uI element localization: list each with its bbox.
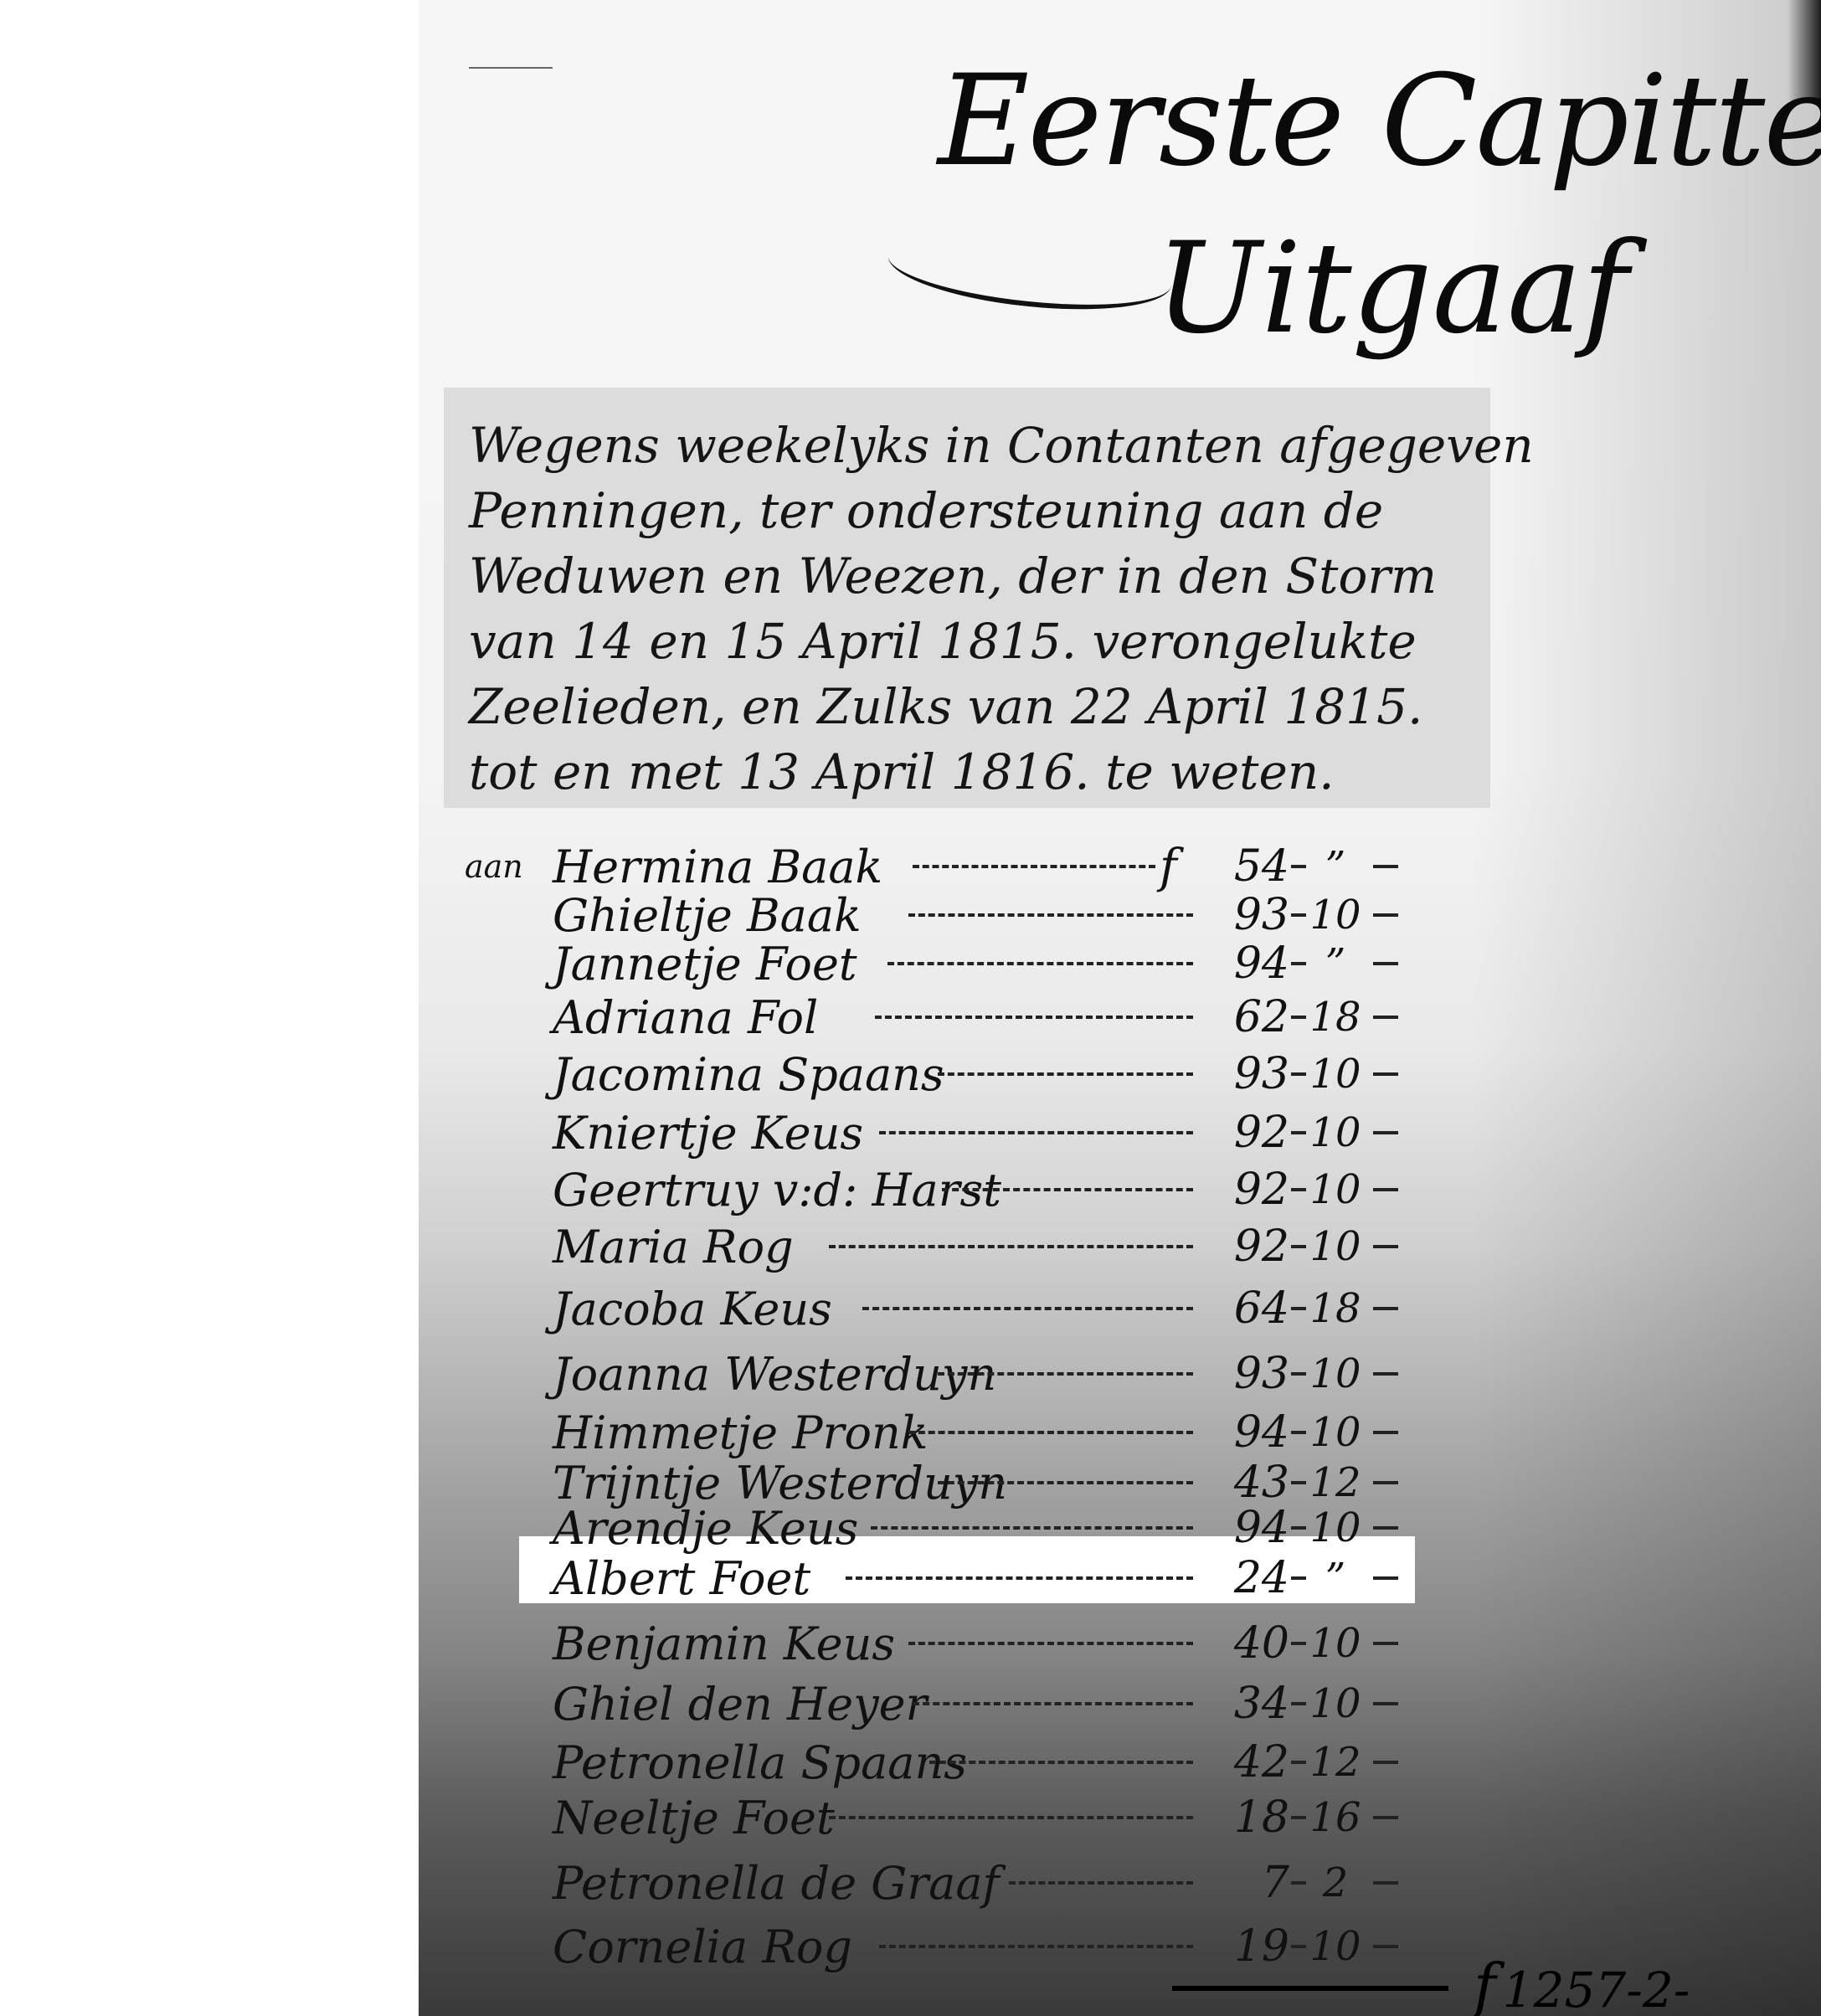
amount-terminator	[1373, 1761, 1398, 1764]
amount-terminator	[1373, 1072, 1398, 1076]
currency-symbol: f	[1160, 840, 1177, 894]
entry-stuivers: 18	[1302, 994, 1369, 1041]
entry-name: Ghiel den Heyer	[553, 1678, 927, 1731]
entry-stuivers: 10	[1302, 1109, 1369, 1156]
dotted-leader	[929, 1761, 1193, 1764]
intro-line: Wegens weekelyks in Contanten afgegeven	[469, 421, 1534, 470]
entry-guilders: 54	[1197, 841, 1289, 892]
entry-stuivers: 10	[1302, 1409, 1369, 1456]
dotted-leader	[938, 1072, 1193, 1076]
dotted-leader	[938, 1481, 1193, 1484]
entry-stuivers: 2	[1302, 1859, 1369, 1906]
entry-guilders: 7	[1197, 1858, 1289, 1908]
entry-guilders: 92	[1197, 1221, 1289, 1272]
dotted-leader	[938, 1372, 1193, 1376]
amount-terminator	[1373, 1372, 1398, 1376]
entry-stuivers: 10	[1302, 1923, 1369, 1970]
entry-stuivers: 16	[1302, 1794, 1369, 1841]
dotted-leader	[879, 1131, 1193, 1134]
entry-guilders: 94	[1197, 1503, 1289, 1553]
entry-name: Neeltje Foet	[553, 1792, 835, 1844]
entry-stuivers: ”	[1302, 1555, 1369, 1602]
entry-name: Himmetje Pronk	[553, 1407, 928, 1459]
entry-guilders: 92	[1197, 1165, 1289, 1215]
entry-guilders: 34	[1197, 1679, 1289, 1729]
intro-line: van 14 en 15 April 1815. verongelukte	[469, 617, 1417, 666]
entry-stuivers: 10	[1302, 1680, 1369, 1727]
amount-terminator	[1373, 1481, 1398, 1484]
dotted-leader	[908, 913, 1193, 917]
entry-name: Benjamin Keus	[553, 1617, 895, 1670]
entry-stuivers: 12	[1302, 1739, 1369, 1786]
amount-terminator	[1373, 913, 1398, 917]
amount-terminator	[1373, 962, 1398, 965]
margin-rule-mark	[469, 67, 553, 69]
chapter-subtitle: Uitgaaf	[1155, 226, 1628, 352]
dotted-leader	[1009, 1881, 1193, 1885]
total-underline	[1172, 1986, 1448, 1991]
dotted-leader	[871, 1526, 1193, 1530]
page-total: f1257-2-	[1474, 1951, 1690, 2016]
entry-stuivers: 10	[1302, 1051, 1369, 1098]
dotted-leader	[846, 1576, 1193, 1580]
entry-name: Jannetje Foet	[553, 938, 857, 990]
entry-guilders: 40	[1197, 1618, 1289, 1669]
dotted-leader	[913, 1702, 1193, 1705]
dotted-leader	[908, 1431, 1193, 1434]
entry-guilders: 43	[1197, 1458, 1289, 1508]
amount-terminator	[1373, 1816, 1398, 1819]
dotted-leader	[913, 865, 1155, 868]
entry-name: Arendje Keus	[553, 1502, 858, 1555]
entry-guilders: 62	[1197, 992, 1289, 1042]
dotted-leader	[829, 1245, 1193, 1248]
entry-stuivers: 10	[1302, 892, 1369, 939]
amount-terminator	[1373, 1881, 1398, 1885]
amount-terminator	[1373, 865, 1398, 868]
entry-name: Hermina Baak	[553, 841, 882, 893]
amount-terminator	[1373, 1945, 1398, 1948]
entry-stuivers: 10	[1302, 1350, 1369, 1397]
dotted-leader	[908, 1642, 1193, 1645]
entry-stuivers: 10	[1302, 1166, 1369, 1213]
entry-guilders: 93	[1197, 1049, 1289, 1099]
amount-terminator	[1373, 1245, 1398, 1248]
entry-guilders: 19	[1197, 1921, 1289, 1972]
intro-line: tot en met 13 April 1816. te weten.	[469, 748, 1335, 796]
entry-guilders: 94	[1197, 939, 1289, 989]
amount-terminator	[1373, 1702, 1398, 1705]
entry-stuivers: 10	[1302, 1223, 1369, 1270]
dotted-leader	[942, 1188, 1193, 1191]
entry-name: Maria Rog	[553, 1221, 794, 1273]
dotted-leader	[829, 1816, 1193, 1819]
amount-terminator	[1373, 1307, 1398, 1310]
entry-name: Jacomina Spaans	[553, 1048, 944, 1101]
dotted-leader	[875, 1016, 1193, 1019]
chapter-title: Eerste Capittelvan den	[938, 59, 1821, 184]
entry-prefix: aan	[465, 848, 523, 885]
entry-name: Joanna Westerduyn	[553, 1348, 996, 1401]
amount-terminator	[1373, 1431, 1398, 1434]
entry-name: Kniertje Keus	[553, 1107, 863, 1160]
intro-paragraph-box: Wegens weekelyks in Contanten afgegeven …	[444, 388, 1490, 808]
entry-name: Geertruy v:d: Harst	[553, 1164, 1001, 1216]
entry-name: Petronella Spaans	[553, 1736, 967, 1789]
entry-stuivers: 12	[1302, 1459, 1369, 1506]
entry-stuivers: 18	[1302, 1285, 1369, 1332]
entry-name: Cornelia Rog	[553, 1921, 852, 1973]
entry-stuivers: ”	[1302, 940, 1369, 987]
amount-terminator	[1373, 1131, 1398, 1134]
amount-terminator	[1373, 1576, 1398, 1580]
intro-line: Weduwen en Weezen, der in den Storm	[469, 552, 1437, 600]
dotted-leader	[879, 1945, 1193, 1948]
amount-terminator	[1373, 1188, 1398, 1191]
intro-line: Penningen, ter ondersteuning aan de	[469, 486, 1383, 535]
entry-guilders: 18	[1197, 1792, 1289, 1843]
amount-terminator	[1373, 1642, 1398, 1645]
entry-guilders: 94	[1197, 1407, 1289, 1458]
entry-guilders: 42	[1197, 1737, 1289, 1787]
amount-terminator	[1373, 1526, 1398, 1530]
total-amount: 1257-2-	[1503, 1962, 1690, 2016]
entry-stuivers: ”	[1302, 843, 1369, 890]
total-currency-symbol: f	[1474, 1951, 1496, 2016]
chapter-title-main: Eerste Capittel	[938, 49, 1821, 194]
entry-name: Jacoba Keus	[553, 1283, 832, 1335]
dotted-leader	[862, 1307, 1193, 1310]
entry-guilders: 92	[1197, 1108, 1289, 1158]
entry-name: Ghieltje Baak	[553, 889, 862, 942]
entry-stuivers: 10	[1302, 1504, 1369, 1551]
amount-terminator	[1373, 1016, 1398, 1019]
entry-guilders: 64	[1197, 1283, 1289, 1334]
entry-name: Petronella de Graaf	[553, 1857, 1000, 1910]
entry-name: Adriana Fol	[553, 991, 818, 1044]
dotted-leader	[887, 962, 1193, 965]
intro-line: Zeelieden, en Zulks van 22 April 1815.	[469, 682, 1422, 731]
entry-guilders: 93	[1197, 1349, 1289, 1399]
entry-guilders: 24	[1197, 1553, 1289, 1603]
entry-name: Albert Foet	[553, 1552, 810, 1605]
entry-guilders: 93	[1197, 890, 1289, 940]
entry-stuivers: 10	[1302, 1620, 1369, 1667]
